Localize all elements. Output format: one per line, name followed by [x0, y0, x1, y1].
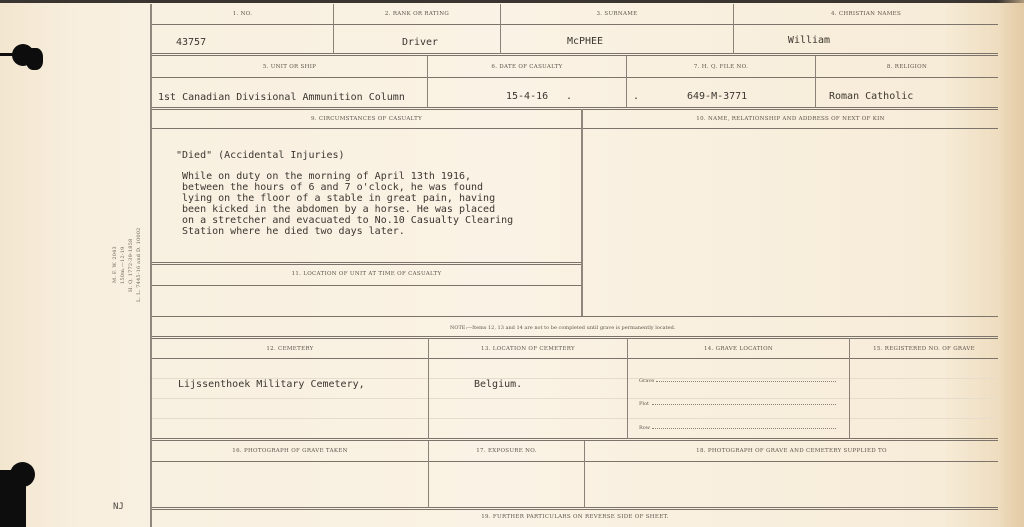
field-label: 3. Surname	[501, 11, 733, 17]
date-mark: .	[566, 91, 572, 102]
divider	[152, 107, 998, 110]
divider	[152, 53, 998, 56]
clerk-initials: NJ	[113, 502, 124, 512]
divider	[152, 77, 998, 78]
ruled-line	[152, 398, 998, 399]
field-label: 15. Registered No. of Grave	[850, 346, 998, 352]
field-label: 17. Exposure No.	[429, 448, 584, 454]
field-label: 13. Location of Cemetery	[429, 346, 627, 352]
row-field-label: Row	[639, 425, 650, 431]
circumstances-line: Station where he died two days later.	[176, 226, 405, 238]
divider	[152, 507, 998, 510]
print-code-line: L. L. 7445-16 and D. 10002	[136, 225, 142, 305]
field-label: 9. Circumstances of Casualty	[152, 116, 581, 122]
divider	[152, 24, 998, 25]
divider	[152, 461, 998, 462]
rank-value: Driver	[334, 37, 506, 48]
divider	[152, 262, 581, 265]
field-label: 5. Unit or Ship	[152, 64, 427, 70]
footer-note: 19. Further Particulars on Reverse Side …	[152, 514, 998, 520]
field-label: 7. H. Q. File No.	[627, 64, 815, 70]
plot-dotted-line	[652, 404, 836, 405]
divider	[152, 285, 581, 286]
divider	[428, 338, 429, 439]
circumstances-heading: "Died" (Accidental Injuries)	[176, 150, 345, 162]
hq-file-value: 649-M-3771	[687, 91, 747, 102]
hq-file-mark: .	[633, 91, 639, 102]
christian-names-value: William	[734, 35, 884, 46]
divider	[152, 128, 998, 129]
print-code-line: 150m.—12-19	[120, 225, 126, 305]
religion-value: Roman Catholic	[829, 91, 913, 102]
divider	[849, 338, 850, 439]
plot-field-label: Plot	[639, 401, 649, 407]
circumstances-line: between the hours of 6 and 7 o'clock, he…	[176, 182, 483, 194]
card-right-edge	[998, 0, 1024, 527]
date-value: 15-4-16	[506, 91, 548, 102]
field-label: 8. Religion	[816, 64, 998, 70]
field-label: 1. No.	[152, 11, 333, 17]
divider	[581, 109, 583, 317]
cemetery-value: Lijssenthoek Military Cemetery,	[178, 379, 365, 390]
divider	[152, 316, 998, 317]
unit-value: 1st Canadian Divisional Ammunition Colum…	[158, 92, 405, 103]
divider	[152, 438, 998, 441]
field-label: 12. Cemetery	[152, 346, 428, 352]
ruled-line	[152, 418, 998, 419]
circumstances-line: While on duty on the morning of April 13…	[176, 171, 471, 183]
circumstances-line: on a stretcher and evacuated to No.10 Ca…	[176, 215, 513, 227]
field-label: 2. Rank or Rating	[334, 11, 500, 17]
divider	[627, 338, 628, 439]
card-top-edge	[0, 0, 1024, 3]
field-label: 16. Photograph of Grave Taken	[152, 448, 428, 454]
print-code-line: M. F. W. 2043	[112, 225, 118, 305]
field-label: 18. Photograph of Grave and Cemetery Sup…	[585, 448, 998, 454]
circumstances-line: lying on the floor of a stable in great …	[176, 193, 495, 205]
note-text: NOTE:—Items 12, 13 and 14 are not to be …	[450, 325, 675, 331]
print-codes: M. F. W. 2043 150m.—12-19 H. Q. 1772-39-…	[112, 225, 148, 305]
field-label: 6. Date of Casualty	[428, 64, 626, 70]
grave-dotted-line	[656, 381, 836, 382]
field-label: 11. Location of Unit at Time of Casualty	[152, 271, 581, 277]
service-number: 43757	[176, 37, 206, 48]
grave-field-label: Grave	[639, 378, 654, 384]
field-label: 10. Name, Relationship and Address of Ne…	[583, 116, 998, 122]
surname-value: McPHEE	[501, 36, 669, 47]
divider	[152, 358, 998, 359]
cemetery-location-value: Belgium.	[474, 379, 522, 390]
circumstances-line: been kicked in the abdomen by a horse. H…	[176, 204, 495, 216]
print-code-line: H. Q. 1772-39-1858	[128, 225, 134, 305]
divider	[152, 336, 998, 339]
field-label: 14. Grave Location	[628, 346, 849, 352]
field-label: 4. Christian Names	[734, 11, 998, 17]
row-dotted-line	[652, 428, 836, 429]
